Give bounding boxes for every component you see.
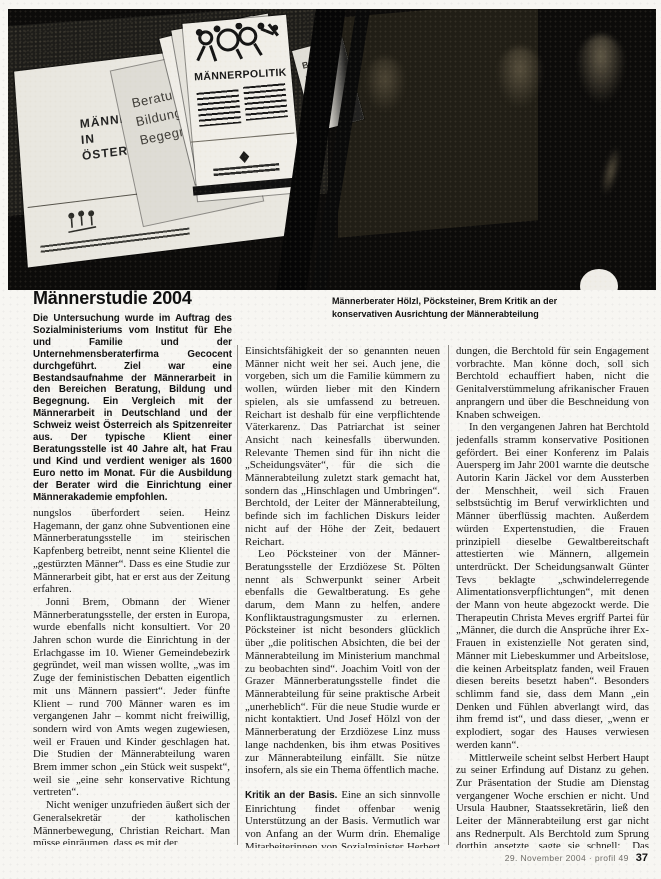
ministry-mark-icon [238,150,251,163]
person-face-hoelzl [364,57,406,113]
brochure-maennerpolitik: MÄNNERPOLITIK [182,15,301,201]
article-photo: MÄNNERARBEIT IN ÖSTERREICH Beratung Bild… [8,9,656,290]
infobox-title: Männerstudie 2004 [33,288,233,309]
photo-caption-line1: Männerberater Hölzl, Pöcksteiner, Brem K… [332,296,557,306]
page-number: 37 [636,852,648,864]
magazine-page: MÄNNERARBEIT IN ÖSTERREICH Beratung Bild… [0,0,661,879]
brochure-text-block [243,83,288,121]
page-footer: 29. November 2004 · profil 49 37 [505,852,648,864]
article-paragraph: dungen, die Berchtold für sein Engagemen… [456,345,649,421]
brochure-shadow-band [193,177,305,196]
brochure-fold-line [191,133,295,143]
photo-highlight-blob [580,269,618,290]
article-paragraph: Jonni Brem, Obmann der Wiener Männerbera… [33,596,230,799]
brochure-title: MÄNNERPOLITIK [194,67,287,84]
article-column-1: nungslos überfordert seien. Heinz Hagema… [33,507,230,845]
person-face-poecksteiner [496,47,544,109]
brochure-fineprint [213,163,279,177]
infobox-body: Die Untersuchung wurde im Auftrag des So… [33,313,232,504]
photo-caption-line2: konservativen Ausrichtung der Männerabte… [332,309,539,319]
article-paragraph: nungslos überfordert seien. Heinz Hagema… [33,507,230,596]
brochure-fineprint [40,228,190,255]
person-face-brem [576,35,626,105]
crowd-illustration [189,19,284,67]
hand-highlight [598,146,623,196]
brochure-text-block [197,89,242,127]
article-paragraph: In den vergangenen Jahren hat Berchtold … [456,421,649,751]
article-paragraph: Einsichtsfähigkeit der so genannten neue… [245,345,440,548]
article-paragraph: Mittlerweile scheint selbst Herbert Haup… [456,752,649,849]
article-column-3: dungen, die Berchtold für sein Engagemen… [456,345,649,848]
issue-date: 29. November 2004 · profil 49 [505,853,629,863]
column-divider [448,345,449,845]
column-divider [237,345,238,845]
article-column-2: Einsichtsfähigkeit der so genannten neue… [245,345,440,848]
article-paragraph: Nicht weniger unzufrieden äußert sich de… [33,799,230,845]
ministry-logo-icon [64,209,100,239]
photo-caption: Männerberater Hölzl, Pöcksteiner, Brem K… [332,295,642,321]
article-paragraph: Leo Pöcksteiner von der Männer-Beratungs… [245,548,440,777]
article-paragraph: Kritik an der Basis. Eine an sich sinnvo… [245,789,440,848]
run-in-heading: Kritik an der Basis. [245,790,341,801]
photo-background-slab [338,9,538,238]
